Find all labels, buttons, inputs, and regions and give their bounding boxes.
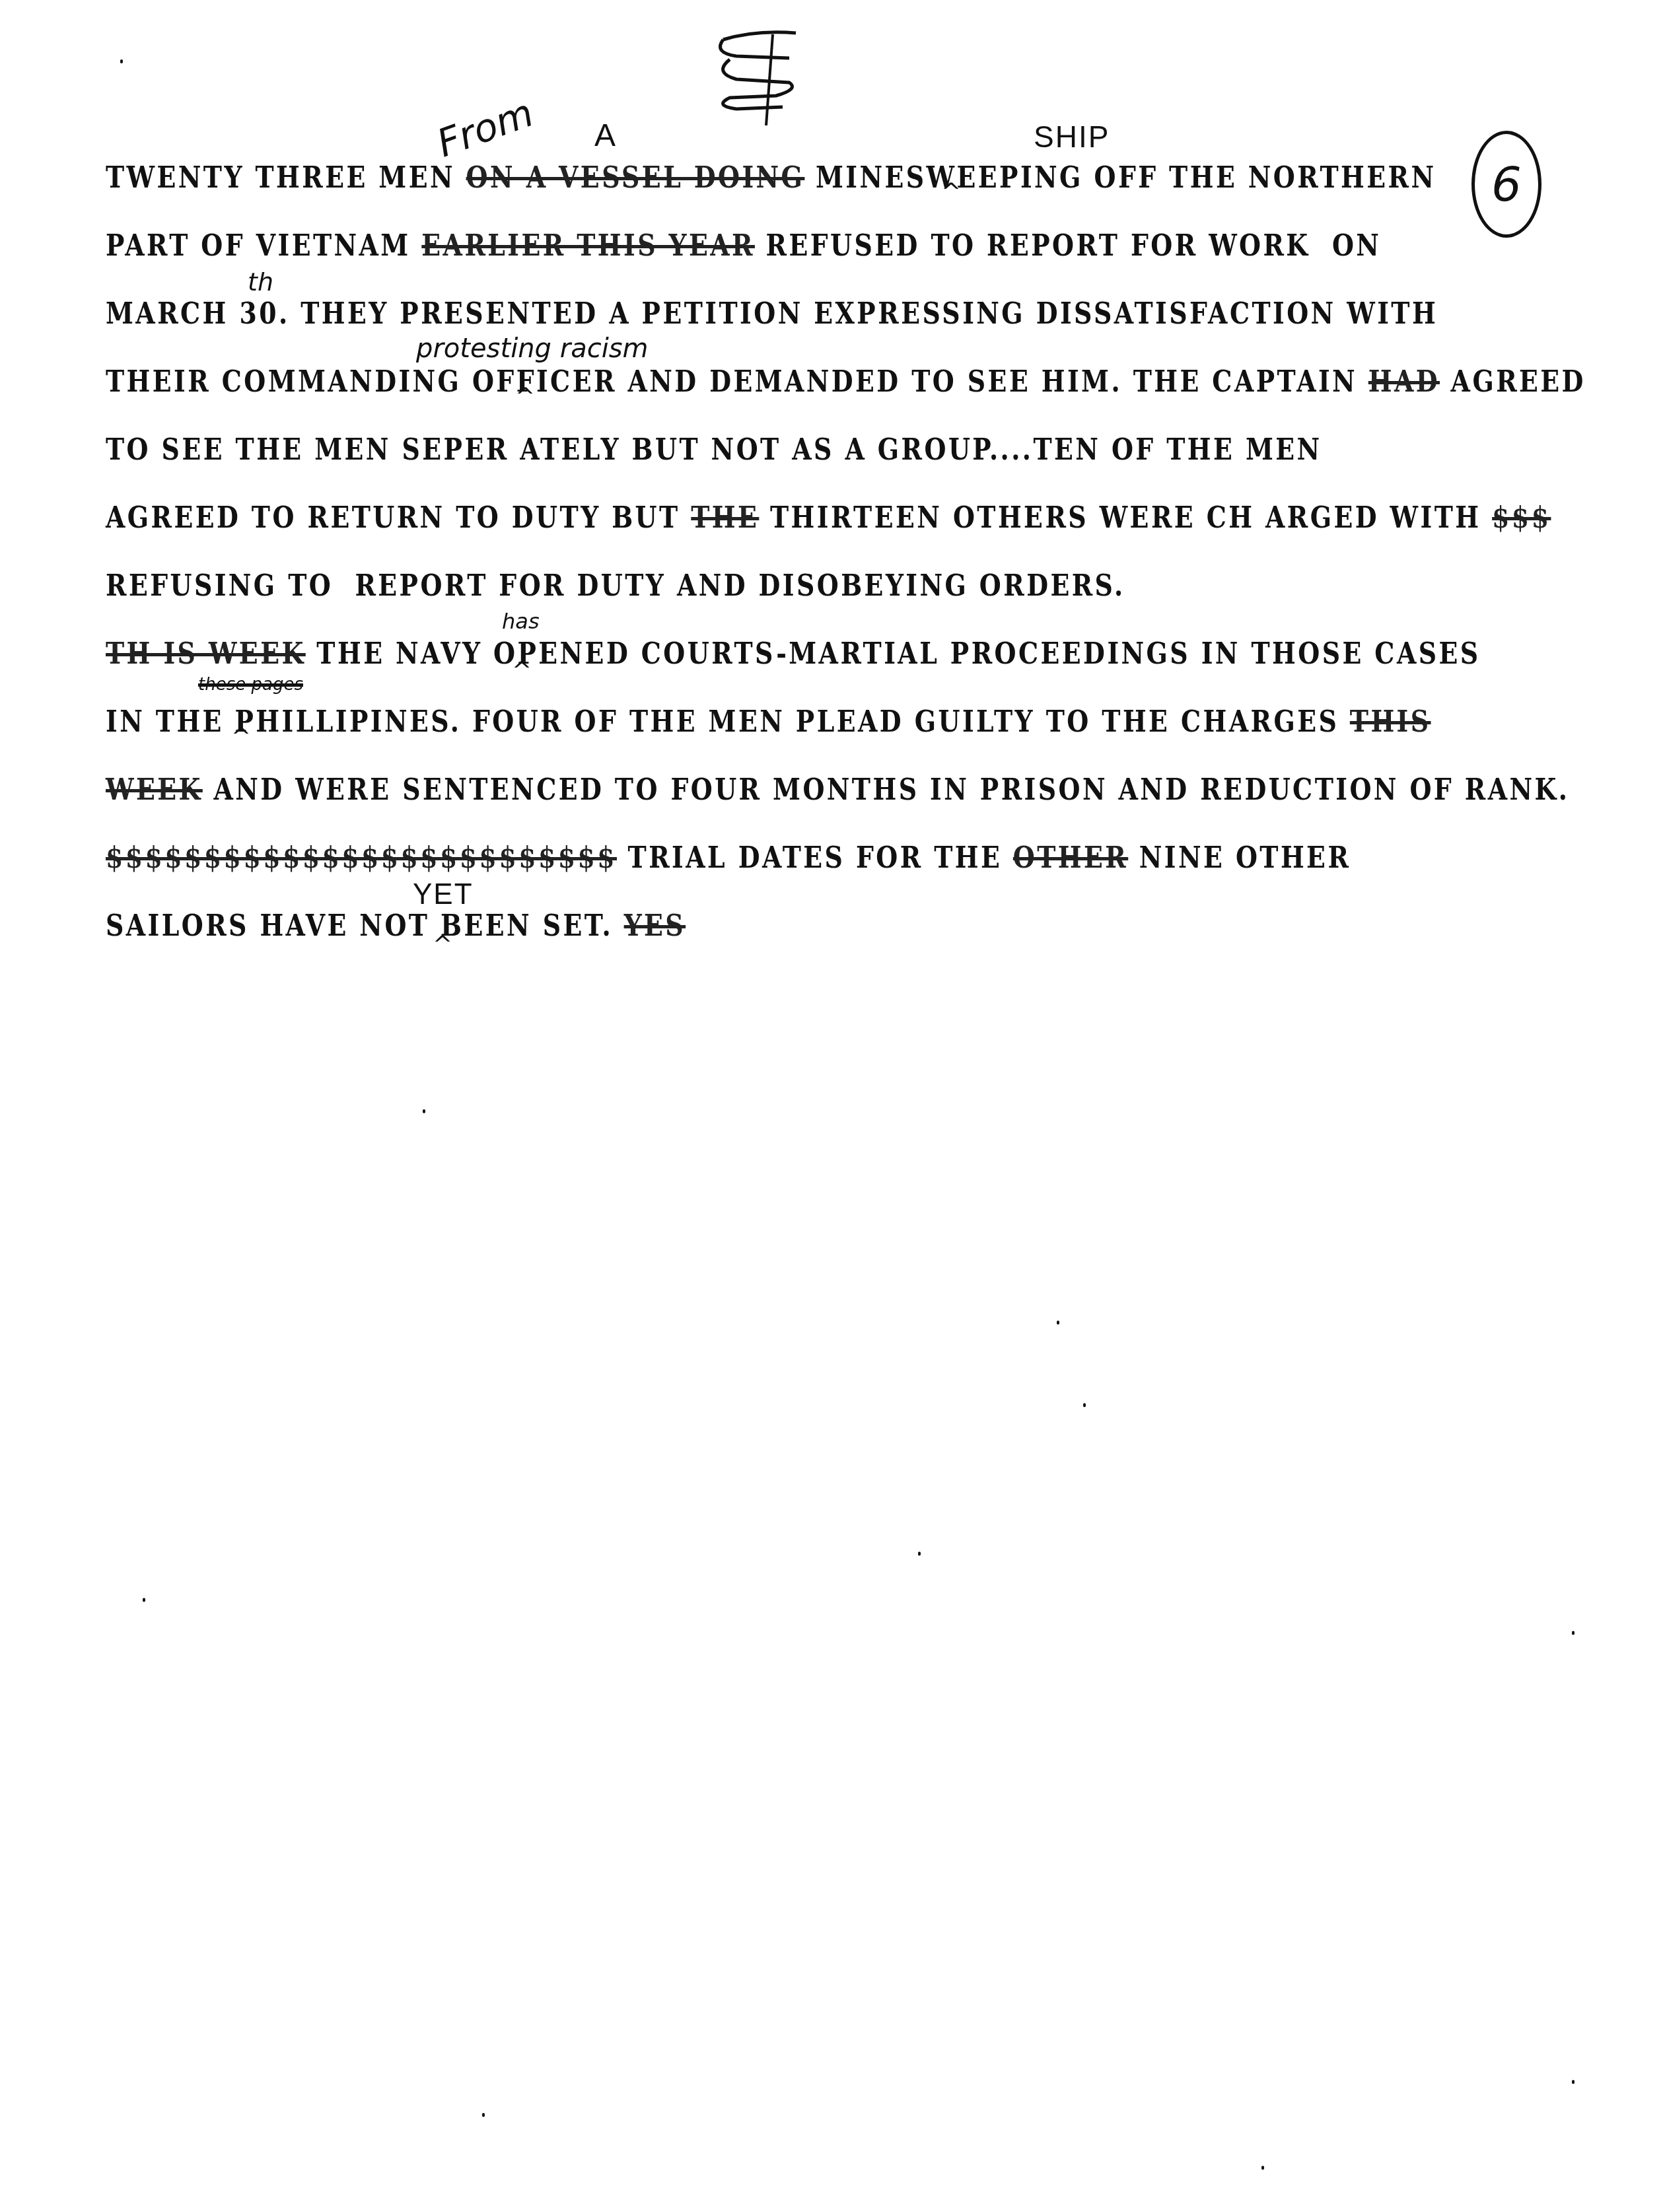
- typed-line: SAILORS HAVE NOT BEEN SET. YES: [106, 910, 686, 943]
- line-text: SAILORS HAVE NOT BEEN SET.: [106, 909, 624, 943]
- struck-text: HAD: [1368, 365, 1440, 399]
- line-text: TWENTY THREE MEN: [106, 161, 466, 195]
- line-text: AND WERE SENTENCED TO FOUR MONTHS IN PRI…: [203, 773, 1570, 807]
- struck-text: OTHER: [1013, 841, 1128, 875]
- insert-caret-icon: ^: [512, 657, 532, 684]
- typed-line: AGREED TO RETURN TO DUTY BUT THE THIRTEE…: [106, 502, 1551, 535]
- speck: [1261, 2166, 1264, 2170]
- line-text: THEIR COMMANDING OFFICER AND DEMANDED TO…: [106, 365, 1368, 399]
- struck-text: $$$: [1492, 501, 1551, 535]
- speck: [1572, 2080, 1575, 2084]
- insert-caret-icon: ^: [515, 383, 535, 410]
- handwritten-has: has: [502, 609, 540, 634]
- struck-text: TH IS WEEK: [106, 637, 306, 671]
- typed-line: $$$$$$$$$$$$$$$$$$$$$$$$$$ TRIAL DATES F…: [106, 842, 1351, 875]
- speck: [120, 59, 123, 63]
- line-text: THE NAVY OPENED COURTS-MARTIAL PROCEEDIN…: [306, 637, 1481, 671]
- struck-text: EARLIER THIS YEAR: [421, 229, 755, 263]
- line-text: REFUSED TO REPORT FOR WORK ON: [755, 229, 1381, 263]
- typed-line: TH IS WEEK THE NAVY OPENED COURTS-MARTIA…: [106, 638, 1480, 671]
- insert-caret-icon: ^: [231, 723, 251, 750]
- speck: [143, 1598, 145, 1602]
- line-text: TRIAL DATES FOR THE: [617, 841, 1013, 875]
- page-number: 6: [1491, 156, 1522, 212]
- typed-line: REFUSING TO REPORT FOR DUTY AND DISOBEYI…: [106, 570, 1125, 603]
- speck: [918, 1552, 921, 1556]
- speck: [1572, 1631, 1575, 1635]
- line-text: AGREED: [1440, 365, 1586, 399]
- handwritten-yet: YET: [413, 878, 474, 911]
- struck-text: WEEK: [106, 773, 203, 807]
- typed-line: THEIR COMMANDING OFFICER AND DEMANDED TO…: [106, 366, 1586, 399]
- typed-line: TO SEE THE MEN SEPER ATELY BUT NOT AS A …: [106, 434, 1322, 467]
- line-text: NINE OTHER: [1128, 841, 1351, 875]
- line-text: MINESWEEPING OFF THE NORTHERN: [804, 161, 1436, 195]
- typed-line: MARCH 30. THEY PRESENTED A PETITION EXPR…: [106, 298, 1438, 331]
- handwritten-a: A: [594, 118, 617, 154]
- speck: [1057, 1321, 1059, 1325]
- struck-text: ON A VESSEL DOING: [466, 161, 805, 195]
- handwritten-protesting-racism: protesting racism: [416, 333, 649, 364]
- handwritten-ship: SHIP: [1034, 119, 1110, 155]
- struck-text: THE: [691, 501, 759, 535]
- line-text: MARCH 30. THEY PRESENTED A PETITION EXPR…: [106, 297, 1438, 331]
- handwritten-from: From: [431, 90, 539, 166]
- speck: [482, 2113, 485, 2117]
- typed-line: PART OF VIETNAM EARLIER THIS YEAR REFUSE…: [106, 230, 1381, 263]
- struck-text: THIS: [1350, 705, 1431, 739]
- line-text: THIRTEEN OTHERS WERE CH ARGED WITH: [759, 501, 1492, 535]
- insert-caret-icon: ^: [941, 178, 961, 205]
- line-text: IN THE PHILLIPINES. FOUR OF THE MEN PLEA…: [106, 705, 1350, 739]
- scribble-mark-icon: [710, 26, 802, 125]
- typed-line: TWENTY THREE MEN ON A VESSEL DOING MINES…: [106, 162, 1436, 195]
- handwritten-struck-note: these pages: [198, 675, 303, 695]
- handwritten-th: th: [248, 267, 273, 296]
- document-page: 6 TWENTY THREE MEN ON A VESSEL DOING MIN…: [0, 0, 1665, 2212]
- speck: [1083, 1403, 1086, 1407]
- page-number-circle: 6: [1471, 131, 1541, 238]
- struck-text: $$$$$$$$$$$$$$$$$$$$$$$$$$: [106, 841, 617, 875]
- typed-line: WEEK AND WERE SENTENCED TO FOUR MONTHS I…: [106, 774, 1569, 807]
- typed-line: IN THE PHILLIPINES. FOUR OF THE MEN PLEA…: [106, 706, 1431, 739]
- struck-text: YES: [624, 909, 686, 943]
- line-text: PART OF VIETNAM: [106, 229, 421, 263]
- speck: [423, 1109, 425, 1113]
- line-text: TO SEE THE MEN SEPER ATELY BUT NOT AS A …: [106, 433, 1322, 467]
- line-text: AGREED TO RETURN TO DUTY BUT: [106, 501, 691, 535]
- line-text: REFUSING TO REPORT FOR DUTY AND DISOBEYI…: [106, 569, 1125, 603]
- insert-caret-icon: ^: [433, 931, 452, 958]
